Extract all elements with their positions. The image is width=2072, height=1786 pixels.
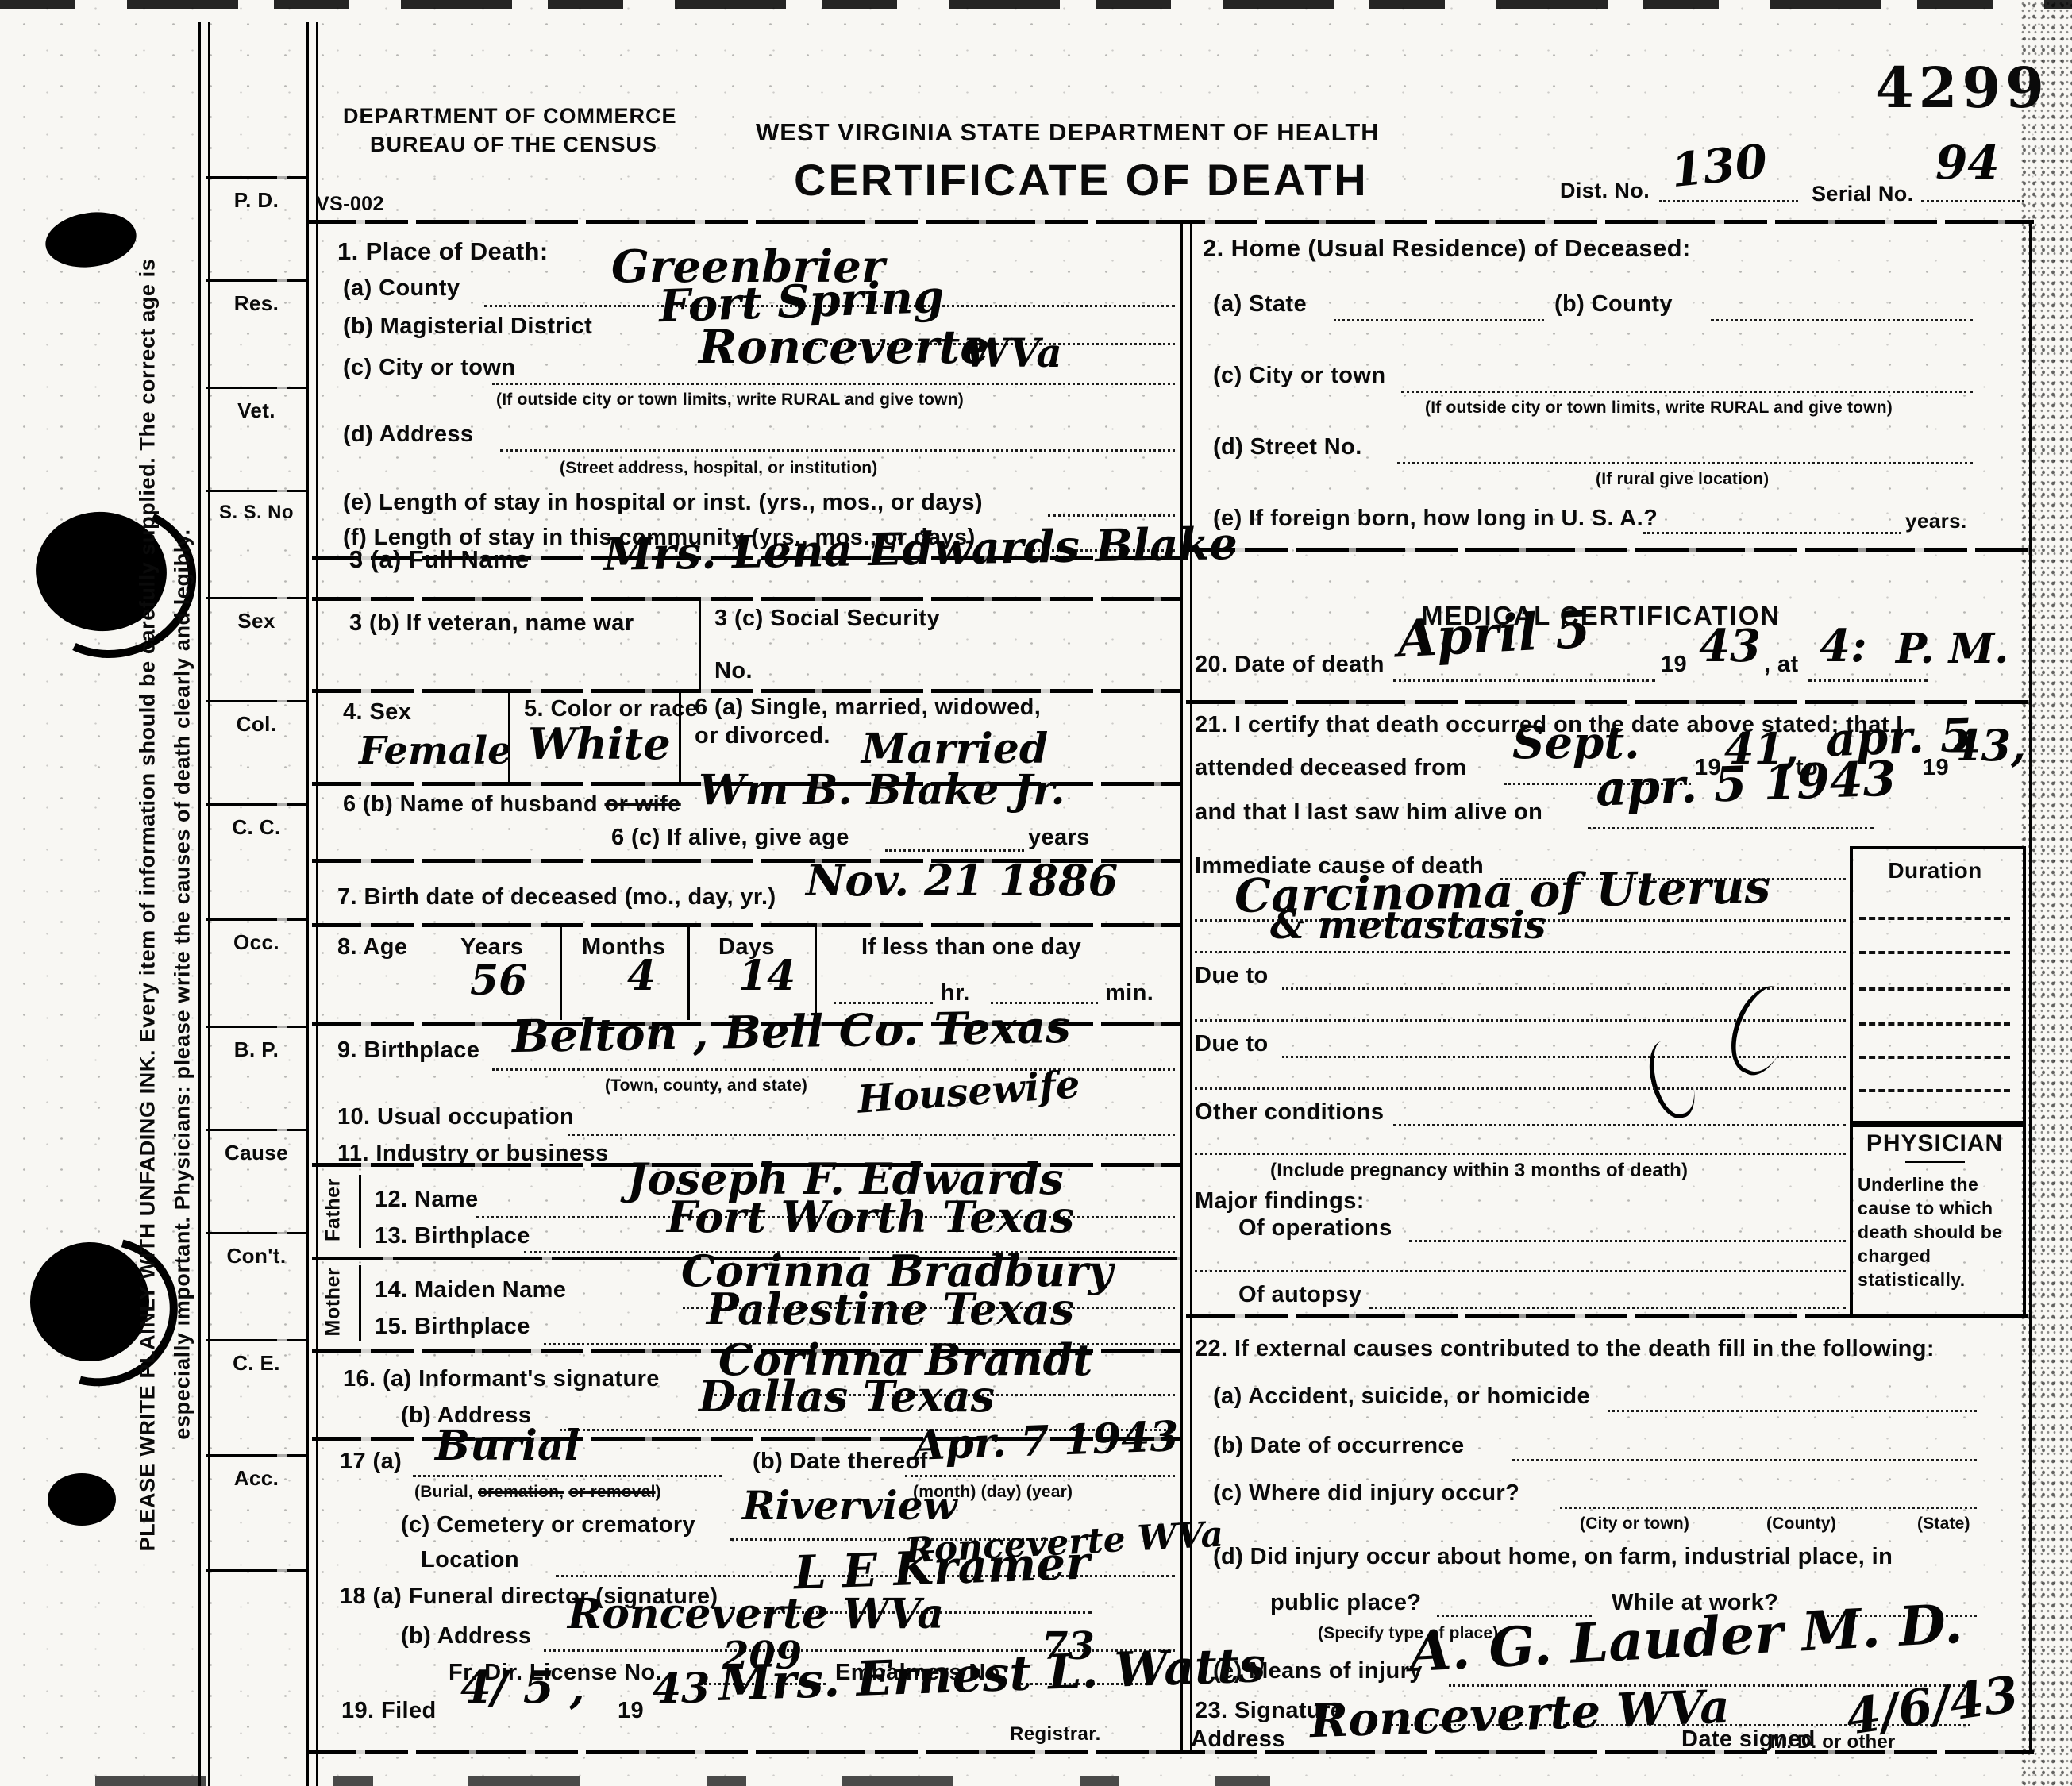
birthdate-label: 7. Birth date of deceased (mo., day, yr.… — [337, 885, 776, 910]
informant-label: 16. (a) Informant's signature — [343, 1367, 660, 1392]
tab-divider — [206, 1026, 309, 1028]
veteran-label: 3 (b) If veteran, name war — [349, 611, 634, 637]
mother-birthplace-value: Palestine Texas — [707, 1288, 1074, 1330]
entry-line — [1921, 200, 2024, 202]
burial-value: Burial — [435, 1426, 580, 1467]
sec1-city-value: Ronceverte — [699, 324, 989, 370]
cemetery-label: (c) Cemetery or crematory — [401, 1513, 695, 1538]
tab-divider — [206, 279, 309, 282]
entry-line — [1808, 679, 1928, 682]
right-border — [2029, 220, 2032, 1750]
margin-tab-occ: Occ. — [206, 931, 307, 954]
birthplace-note: (Town, county, and state) — [605, 1076, 807, 1095]
father-bracket — [359, 1175, 361, 1248]
funeral-address-label: (b) Address — [401, 1624, 531, 1649]
sec22-c-note-county: (County) — [1766, 1515, 1836, 1533]
margin-tab-cc: C. C. — [206, 816, 307, 839]
age-years-value: 56 — [470, 960, 527, 1002]
date-of-death-label: 20. Date of death — [1195, 652, 1385, 678]
margin-instruction-line2: especially important. Physicians: please… — [171, 529, 195, 1439]
serial-no-label: Serial No. — [1812, 183, 1914, 206]
date-of-death-19: 19 — [1661, 652, 1687, 678]
father-birthplace-label: 13. Birthplace — [375, 1224, 530, 1249]
margin-tab-ssno: S. S. No — [206, 502, 307, 523]
dist-no-value: 130 — [1669, 138, 1769, 194]
due-to-2-label: Due to — [1195, 1032, 1269, 1057]
age-label: 8. Age — [337, 935, 407, 960]
entry-line — [1397, 462, 1973, 464]
margin-tab-bp: B. P. — [206, 1038, 307, 1061]
entry-line — [1369, 1307, 1846, 1309]
pregnancy-note: (Include pregnancy within 3 months of de… — [1270, 1161, 1688, 1181]
cell-divider — [699, 597, 701, 689]
sec1-address-note: (Street address, hospital, or institutio… — [560, 459, 877, 477]
operations-label: Of operations — [1238, 1216, 1392, 1241]
sec1-district-label: (b) Magisterial District — [343, 314, 592, 340]
date-signed-label: Date signed — [1681, 1727, 1816, 1753]
tab-column-right-rule — [306, 22, 318, 1786]
scan-edge-bottom — [0, 1776, 1270, 1786]
physician-signature-value: A. G. Lauder M. D. — [1408, 1597, 1964, 1680]
physician-address-value: Ronceverte WVa — [1309, 1684, 1730, 1744]
last-saw-value: apr. 5 1943 — [1595, 755, 1897, 813]
margin-tab-acc: Acc. — [206, 1467, 307, 1490]
duration-line — [1859, 987, 2010, 991]
physician-note: Underline the cause to which death shoul… — [1858, 1173, 2013, 1291]
death-time-value: 4: — [1820, 624, 1867, 668]
serial-no-value: 94 — [1935, 140, 2000, 186]
dept-line2: BUREAU OF THE CENSUS — [370, 133, 657, 157]
occupation-label: 10. Usual occupation — [337, 1105, 574, 1130]
entry-line — [1643, 532, 1901, 534]
entry-line — [885, 849, 1024, 852]
entry-line — [1409, 1240, 1846, 1242]
ink-scribble — [1643, 1037, 1700, 1122]
cause-value-2: & metastasis — [1270, 906, 1546, 945]
entry-line — [1195, 951, 1846, 953]
burial-date-label: (b) Date thereof — [753, 1449, 928, 1475]
date-signed-value: 4/6/43 — [1843, 1669, 2021, 1742]
sec1-stay-hospital-label: (e) Length of stay in hospital or inst. … — [343, 491, 983, 516]
margin-note-bold: PLEASE WRITE PLAINLY WITH UNFADING INK. — [136, 1049, 160, 1551]
physician-label: PHYSICIAN — [1856, 1130, 2013, 1157]
cemetery-value: Riverview — [742, 1486, 957, 1526]
burial-label: 17 (a) — [340, 1449, 402, 1475]
ink-blob — [42, 206, 140, 272]
duration-line — [1859, 951, 2010, 954]
margin-tab-cause: Cause — [206, 1141, 307, 1164]
entry-line — [413, 1475, 722, 1477]
fullname-value: Mrs. Lena Edwards Blake — [603, 522, 1238, 577]
physician-address-label: Address — [1191, 1727, 1285, 1753]
attended-label: attended deceased from — [1195, 756, 1466, 781]
entry-line — [1393, 1124, 1846, 1126]
entry-line — [1195, 1087, 1846, 1090]
father-tab-label: Father — [322, 1178, 345, 1241]
autopsy-label: Of autopsy — [1238, 1283, 1361, 1308]
margin-tab-col: Col. — [206, 713, 307, 736]
cell-divider — [679, 689, 681, 782]
entry-line — [492, 383, 1175, 385]
physician-underline — [1905, 1161, 1965, 1163]
death-certificate-scan: PLEASE WRITE PLAINLY WITH UNFADING INK. … — [0, 0, 2072, 1786]
funeral-address-value: Ronceverte WVa — [568, 1594, 944, 1635]
section-rule — [312, 923, 1180, 927]
mother-tab: Mother — [322, 1268, 345, 1337]
entry-line — [1195, 1270, 1846, 1272]
cemetery-location-label: Location — [421, 1548, 519, 1573]
burial-note-strike2: or removal — [568, 1483, 655, 1501]
husband-label: 6 (b) Name of husband or wife — [343, 792, 681, 818]
race-value: White — [528, 722, 671, 765]
date-of-death-year: 43 — [1699, 624, 1761, 668]
duration-line — [1859, 917, 2010, 920]
tab-divider — [206, 803, 309, 806]
margin-tab-pd: P. D. — [206, 189, 307, 212]
husband-label-text: 6 (b) Name of husband — [343, 791, 598, 817]
if-alive-suffix: years — [1028, 826, 1090, 851]
birthplace-label: 9. Birthplace — [337, 1038, 479, 1064]
sec2-street-note: (If rural give location) — [1596, 470, 1769, 488]
ssn-no-label: No. — [714, 659, 753, 684]
certificate-number: 4299 — [1875, 57, 2049, 118]
tab-divider — [206, 597, 309, 599]
duration-label: Duration — [1866, 859, 2005, 883]
ssn-label: 3 (c) Social Security — [714, 606, 940, 632]
entry-line — [500, 449, 1175, 452]
burial-note: (Burial, cremation, or removal) — [414, 1483, 661, 1501]
page-title: CERTIFICATE OF DEATH — [794, 156, 1369, 205]
entry-line — [1393, 679, 1655, 682]
sec2-county-label: (b) County — [1554, 292, 1673, 318]
sec2-title: 2. Home (Usual Residence) of Deceased: — [1203, 235, 1691, 262]
form-number: VS-002 — [316, 194, 384, 216]
ink-blob — [48, 1473, 116, 1526]
section-rule — [312, 597, 1180, 601]
sec2-city-label: (c) City or town — [1213, 364, 1385, 389]
duration-line — [1859, 1056, 2010, 1059]
tab-divider — [206, 176, 309, 179]
entry-line — [1512, 1459, 1977, 1461]
age-less-label: If less than one day — [861, 935, 1081, 960]
mother-name-label: 14. Maiden Name — [375, 1278, 566, 1303]
sec22-c-note-city: (City or town) — [1580, 1515, 1689, 1533]
duration-line — [1859, 1089, 2010, 1092]
burial-date-value: Apr. 7 1943 — [912, 1416, 1179, 1467]
sec2-foreign-label: (e) If foreign born, how long in U. S. A… — [1213, 506, 1658, 532]
sec1-title: 1. Place of Death: — [337, 238, 549, 265]
tab-divider — [206, 1232, 309, 1234]
tab-divider — [206, 490, 309, 492]
funeral-director-value: L E Kramer — [793, 1540, 1091, 1596]
sec1-city-state-value: WVa — [965, 333, 1062, 373]
filed-label: 19. Filed — [341, 1699, 437, 1724]
marital-value: Married — [861, 729, 1048, 770]
state-dept-header: WEST VIRGINIA STATE DEPARTMENT OF HEALTH — [756, 119, 1380, 146]
last-saw-label: and that I last saw him alive on — [1195, 800, 1542, 826]
section-rule — [1186, 700, 2029, 704]
tab-divider — [206, 387, 309, 389]
attended-from-value: Sept. — [1512, 721, 1640, 765]
registrar-label: Registrar. — [1010, 1724, 1101, 1745]
father-birthplace-value: Fort Worth Texas — [667, 1195, 1074, 1238]
other-conditions-label: Other conditions — [1195, 1100, 1384, 1126]
marital-label-2: or divorced. — [695, 724, 830, 749]
sec22-d-label2: public place? — [1270, 1591, 1422, 1616]
birthplace-value: Belton , Bell Co. Texas — [512, 1005, 1072, 1059]
scan-edge-top — [0, 0, 2072, 9]
filed-year-value: 43 — [653, 1669, 710, 1710]
tab-column-left-rule — [198, 22, 210, 1786]
burial-note-post: ) — [656, 1483, 661, 1501]
sec2-street-label: (d) Street No. — [1213, 435, 1362, 460]
birthdate-value: Nov. 21 1886 — [806, 859, 1118, 902]
dept-line1: DEPARTMENT OF COMMERCE — [343, 105, 677, 129]
tab-divider — [206, 1129, 309, 1131]
entry-line — [905, 1475, 1175, 1477]
tab-divider — [206, 1454, 309, 1457]
margin-tab-ce: C. E. — [206, 1352, 307, 1375]
sex-value: Female — [359, 732, 512, 770]
cell-divider — [687, 923, 690, 1020]
margin-tab-res: Res. — [206, 292, 307, 315]
attended-19b: 19 — [1923, 756, 1949, 781]
sec1-county-label: (a) County — [343, 276, 460, 302]
filed-date-value: 4/ 5 , — [460, 1665, 585, 1710]
occupation-value: Housewife — [857, 1065, 1081, 1118]
margin-instruction-line1: PLEASE WRITE PLAINLY WITH UNFADING INK. … — [136, 259, 160, 1552]
if-alive-label: 6 (c) If alive, give age — [611, 826, 849, 851]
age-months-value: 4 — [627, 956, 656, 997]
entry-line — [1048, 514, 1175, 517]
date-of-death-month: April 5 — [1396, 605, 1592, 666]
sec1-city-label: (c) City or town — [343, 356, 515, 381]
sec22-a-label: (a) Accident, suicide, or homicide — [1213, 1384, 1590, 1410]
fullname-label: 3 (a) Full Name — [349, 546, 530, 573]
entry-line — [1560, 1507, 1977, 1509]
sec1-address-label: (d) Address — [343, 422, 473, 448]
filed-year-printed: 19 — [618, 1699, 644, 1724]
section-rule — [312, 689, 1180, 693]
scan-edge-right — [2020, 0, 2072, 1786]
husband-value: Wm B. Blake Jr. — [699, 770, 1065, 811]
mother-tab-label: Mother — [322, 1268, 345, 1337]
margin-note-line2: especially important. Physicians: please… — [171, 529, 194, 1439]
burial-note-strike1: cremation, — [478, 1483, 564, 1501]
informant-address-value: Dallas Texas — [699, 1375, 995, 1418]
ink-scribble — [1718, 978, 1803, 1083]
entry-line — [568, 1134, 1175, 1136]
burial-note-pre: (Burial, — [414, 1483, 473, 1501]
entry-line — [1334, 319, 1544, 321]
entry-line — [1401, 391, 1973, 393]
tab-divider — [206, 700, 309, 702]
section-rule — [1186, 548, 2029, 552]
tab-divider — [206, 918, 309, 921]
sec2-state-label: (a) State — [1213, 292, 1307, 318]
form-top-rule — [306, 220, 2034, 224]
sec22-c-note-state: (State) — [1917, 1515, 1970, 1533]
sec22-title: 22. If external causes contributed to th… — [1195, 1337, 1935, 1362]
sec22-c-label: (c) Where did injury occur? — [1213, 1481, 1519, 1507]
attended-yr2: 43, — [1951, 724, 2026, 767]
mother-bracket — [359, 1265, 361, 1341]
margin-tab-cont: Con't. — [206, 1245, 307, 1268]
sex-label: 4. Sex — [343, 700, 411, 726]
date-of-death-at: , at — [1764, 652, 1799, 678]
margin-tab-sex: Sex — [206, 610, 307, 633]
father-tab: Father — [322, 1178, 345, 1241]
cell-divider — [560, 923, 562, 1020]
marital-label-1: 6 (a) Single, married, widowed, — [695, 695, 1041, 721]
margin-note-rest: Every item of information should be care… — [136, 259, 160, 1043]
sec1-city-note: (If outside city or town limits, write R… — [496, 391, 964, 409]
tab-divider — [206, 1569, 309, 1572]
sec22-e-label: (e) Means of injury — [1213, 1659, 1423, 1684]
dist-no-label: Dist. No. — [1560, 179, 1650, 203]
entry-line — [1659, 200, 1798, 202]
due-to-1-label: Due to — [1195, 964, 1269, 989]
duration-line — [1859, 1022, 2010, 1026]
major-findings-label: Major findings: — [1195, 1189, 1365, 1214]
entry-line — [1711, 319, 1973, 321]
father-name-label: 12. Name — [375, 1187, 479, 1213]
age-min-label: min. — [1105, 981, 1153, 1007]
age-days-value: 14 — [738, 956, 795, 997]
duration-box — [1850, 846, 2026, 1127]
margin-tab-vet: Vet. — [206, 399, 307, 422]
death-ampm-value: P. M. — [1896, 629, 2008, 670]
mother-birthplace-label: 15. Birthplace — [375, 1314, 530, 1340]
entry-line — [1195, 1153, 1846, 1155]
entry-line — [1608, 1410, 1977, 1412]
tab-divider — [206, 1339, 309, 1341]
entry-line — [1588, 827, 1874, 829]
sec2-foreign-suffix: years. — [1905, 510, 1967, 533]
sec22-d-label1: (d) Did injury occur about home, on farm… — [1213, 1545, 1893, 1570]
husband-label-strike: or wife — [604, 791, 680, 817]
sec22-b-label: (b) Date of occurrence — [1213, 1434, 1465, 1459]
sec2-city-note: (If outside city or town limits, write R… — [1425, 398, 1893, 417]
